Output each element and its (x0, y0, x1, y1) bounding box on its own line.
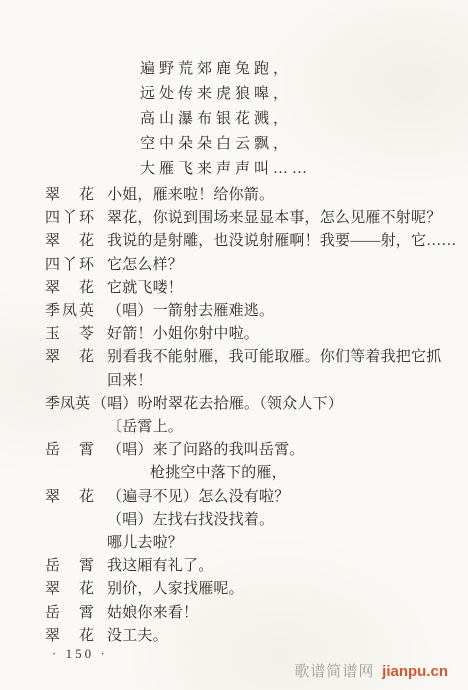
script-line: 翠 花别看我不能射雁，我可能取雁。你们等着我把它抓 (0, 346, 468, 369)
line-text: 小姐，雁来啦！给你箭。 (107, 184, 274, 207)
speaker-name: 翠 花 (45, 184, 107, 207)
script-line: 翠 花（遍寻不见）怎么没有啦？ (0, 486, 468, 509)
line-text: 没工夫。 (107, 625, 168, 648)
script-line: 翠 花它就飞喽！ (0, 277, 468, 300)
line-text: 它就飞喽！ (107, 277, 183, 300)
page-number: · 150 · (52, 646, 108, 662)
line-text: 姑娘你来看！ (107, 602, 198, 625)
script-line: 四丫环它怎么样？ (0, 254, 468, 277)
script-line: （唱）左找右找没找着。 (0, 509, 468, 532)
script-line: 回来！ (0, 370, 468, 393)
line-text: （唱）左找右找没找着。 (107, 509, 274, 532)
line-text: 翠花，你说到围场来显显本事，怎么见雁不射呢？ (107, 207, 441, 230)
line-text: 别看我不能射雁，我可能取雁。你们等着我把它抓 (107, 346, 441, 369)
line-text: 别价，人家找雁呢。 (107, 578, 244, 601)
line-text: （唱）来了问路的我叫岳霄。 (107, 439, 305, 462)
line-text: 我这厢有礼了。 (107, 555, 213, 578)
verse-block: 遍野荒郊鹿兔跑，远处传来虎狼嗥，高山瀑布银花溅，空中朵朵白云飘，大雁飞来声声叫…… (0, 0, 468, 182)
script-line: 翠 花小姐，雁来啦！给你箭。 (0, 184, 468, 207)
script-line: 四丫环翠花，你说到围场来显显本事，怎么见雁不射呢？ (0, 207, 468, 230)
line-text: （遍寻不见）怎么没有啦？ (107, 486, 289, 509)
script-line: 翠 花别价，人家找雁呢。 (0, 578, 468, 601)
speaker-name: 四丫环 (45, 254, 107, 277)
script-line: 枪挑空中落下的雁， (0, 462, 468, 485)
script-line: 〔岳霄上。 (0, 416, 468, 439)
script-line: 玉 苓好箭！小姐你射中啦。 (0, 323, 468, 346)
script-line: 哪儿去啦？ (0, 532, 468, 555)
verse-line: 大雁飞来声声叫…… (140, 157, 468, 182)
script-line: 季凤英（唱）一箭射去雁难逃。 (0, 300, 468, 323)
line-text: 它怎么样？ (107, 254, 183, 277)
speaker-name: 翠 花 (45, 625, 107, 648)
speaker-name: 翠 花 (45, 346, 107, 369)
speaker-name: 岳 霄 (45, 439, 107, 462)
speaker-name: 岳 霄 (45, 555, 107, 578)
script-line: 岳 霄姑娘你来看！ (0, 602, 468, 625)
script-line: 翠 花我说的是射雕，也没说射雁啊！我要——射，它…… (0, 230, 468, 253)
script-line: 岳 霄（唱）来了问路的我叫岳霄。 (0, 439, 468, 462)
script-line: 季凤英（唱）吩咐翠花去拾雁。（领众人下） (0, 393, 468, 416)
watermark: 歌谱简谱网 jianpu.cn (294, 660, 448, 681)
verse-line: 空中朵朵白云飘， (140, 132, 468, 157)
speaker-name: 玉 苓 (45, 323, 107, 346)
speaker-name: 四丫环 (45, 207, 107, 230)
line-text: 哪儿去啦？ (107, 532, 183, 555)
line-text: 我说的是射雕，也没说射雁啊！我要——射，它…… (107, 230, 457, 253)
speaker-name: 翠 花 (45, 486, 107, 509)
watermark-site-url: jianpu.cn (382, 663, 448, 680)
speaker-name: 季凤英 (45, 300, 107, 323)
line-text: 〔岳霄上。 (107, 416, 183, 439)
verse-line: 遍野荒郊鹿兔跑， (140, 57, 468, 82)
speaker-name: 翠 花 (45, 277, 107, 300)
speaker-name: 季凤英 (45, 393, 90, 416)
line-text: 枪挑空中落下的雁， (150, 462, 287, 485)
line-text: （唱）一箭射去雁难逃。 (107, 300, 274, 323)
verse-line: 高山瀑布银花溅， (140, 107, 468, 132)
speaker-name: 翠 花 (45, 578, 107, 601)
line-text: （唱）吩咐翠花去拾雁。（领众人下） (92, 393, 343, 416)
speaker-name: 岳 霄 (45, 602, 107, 625)
line-text: 好箭！小姐你射中啦。 (107, 323, 259, 346)
watermark-site-name: 歌谱简谱网 (294, 664, 374, 680)
line-text: 回来！ (107, 370, 153, 393)
script-lines: 翠 花小姐，雁来啦！给你箭。四丫环翠花，你说到围场来显显本事，怎么见雁不射呢？翠… (0, 182, 468, 648)
verse-line: 远处传来虎狼嗥， (140, 82, 468, 107)
script-line: 岳 霄我这厢有礼了。 (0, 555, 468, 578)
book-page: 遍野荒郊鹿兔跑，远处传来虎狼嗥，高山瀑布银花溅，空中朵朵白云飘，大雁飞来声声叫…… (0, 0, 468, 690)
speaker-name: 翠 花 (45, 230, 107, 253)
script-line: 翠 花没工夫。 (0, 625, 468, 648)
